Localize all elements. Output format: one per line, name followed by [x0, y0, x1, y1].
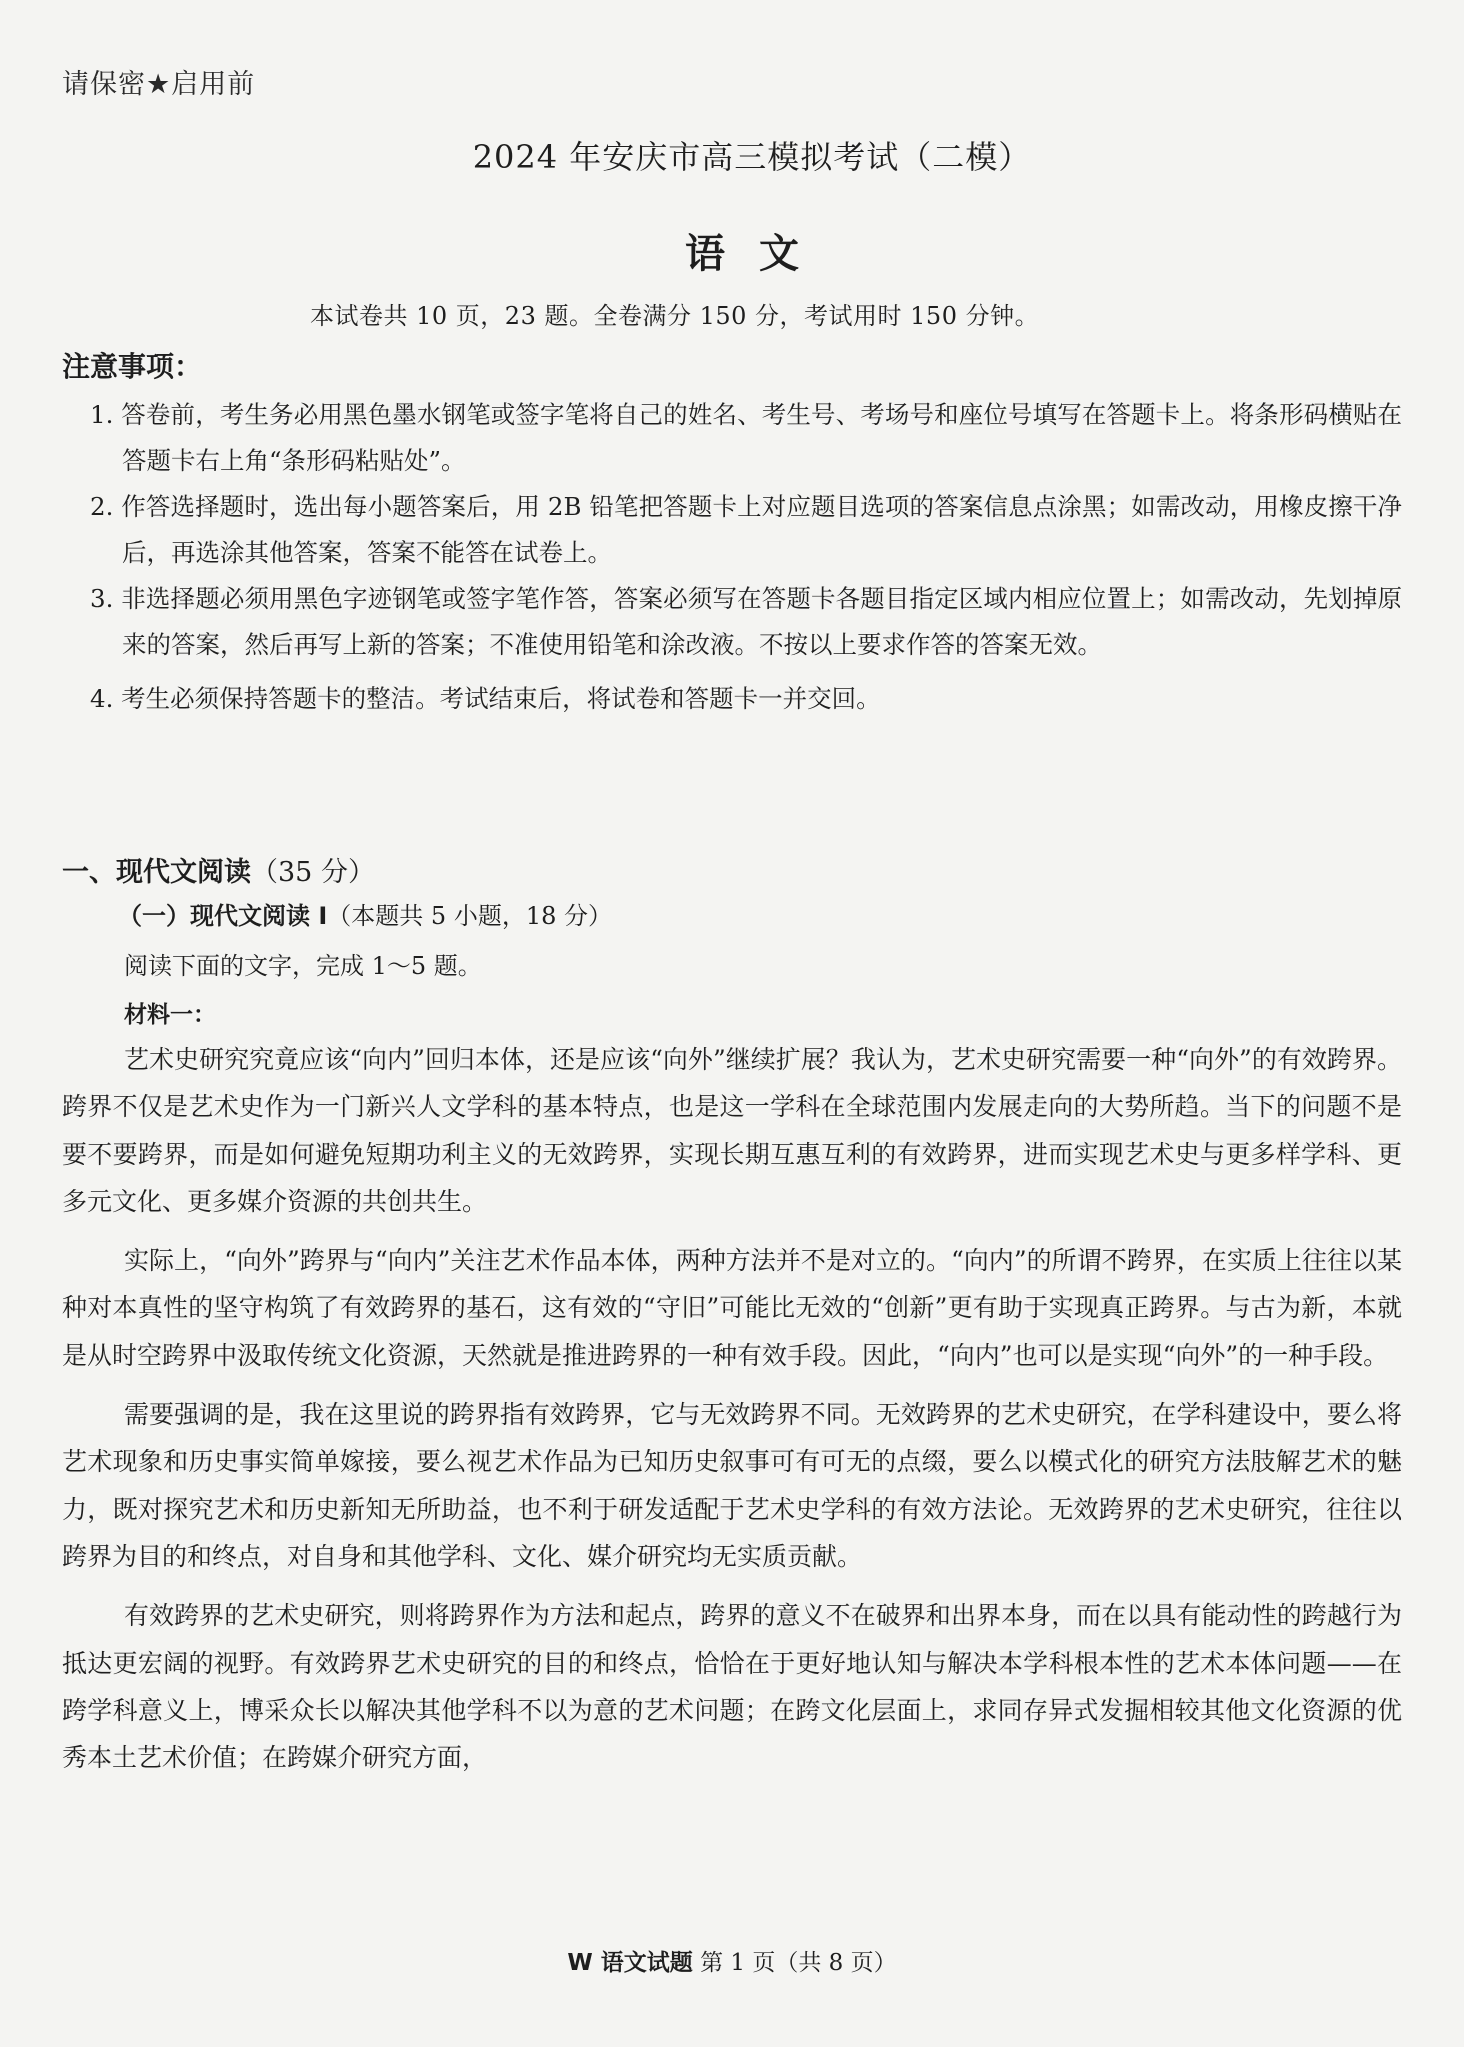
exam-info: 本试卷共 10 页，23 题。全卷满分 150 分，考试用时 150 分钟。 — [310, 296, 1039, 331]
exam-page: 请保密★启用前 2024 年安庆市高三模拟考试（二模） 语文 本试卷共 10 页… — [0, 0, 1464, 2047]
notice-item: 3. 非选择题必须用黑色字迹钢笔或签字笔作答，答案必须写在答题卡各题目指定区域内… — [62, 576, 1402, 668]
notice-list: 1. 答卷前，考生务必用黑色墨水钢笔或签字笔将自己的姓名、考生号、考场号和座位号… — [62, 392, 1402, 722]
subsection-title: （一）现代文阅读 I — [118, 902, 327, 930]
passage-paragraph: 需要强调的是，我在这里说的跨界指有效跨界，它与无效跨界不同。无效跨界的艺术史研究… — [62, 1391, 1402, 1580]
subject-title: 语文 — [0, 222, 1464, 279]
notice-item: 2. 作答选择题时，选出每小题答案后，用 2B 铅笔把答题卡上对应题目选项的答案… — [62, 484, 1402, 576]
footer-subject: W 语文试题 — [567, 1950, 692, 1976]
section-title: 一、现代文阅读 — [62, 857, 251, 888]
notice-item: 1. 答卷前，考生务必用黑色墨水钢笔或签字笔将自己的姓名、考生号、考场号和座位号… — [62, 392, 1402, 484]
footer-page-info: 第 1 页（共 8 页） — [700, 1950, 897, 1976]
subsection-info: （本题共 5 小题，18 分） — [327, 902, 612, 930]
passage-paragraph: 实际上，“向外”跨界与“向内”关注艺术作品本体，两种方法并不是对立的。“向内”的… — [62, 1237, 1402, 1379]
subsection-heading: （一）现代文阅读 I（本题共 5 小题，18 分） — [118, 896, 612, 931]
material-label: 材料一： — [124, 996, 216, 1029]
passage-paragraph: 有效跨界的艺术史研究，则将跨界作为方法和起点，跨界的意义不在破界和出界本身，而在… — [62, 1592, 1402, 1781]
exam-title: 2024 年安庆市高三模拟考试（二模） — [0, 132, 1464, 178]
passage-paragraph: 艺术史研究究竟应该“向内”回归本体，还是应该“向外”继续扩展？我认为，艺术史研究… — [62, 1036, 1402, 1225]
notice-item: 4. 考生必须保持答题卡的整洁。考试结束后，将试卷和答题卡一并交回。 — [62, 676, 1402, 722]
page-footer: W 语文试题 第 1 页（共 8 页） — [0, 1944, 1464, 1977]
passage-body: 艺术史研究究竟应该“向内”回归本体，还是应该“向外”继续扩展？我认为，艺术史研究… — [62, 1036, 1402, 1793]
section-heading: 一、现代文阅读（35 分） — [62, 850, 375, 889]
section-score: （35 分） — [251, 857, 375, 888]
reading-instruction: 阅读下面的文字，完成 1～5 题。 — [124, 946, 482, 981]
confidential-label: 请保密★启用前 — [62, 62, 255, 101]
notice-heading: 注意事项： — [62, 345, 202, 385]
